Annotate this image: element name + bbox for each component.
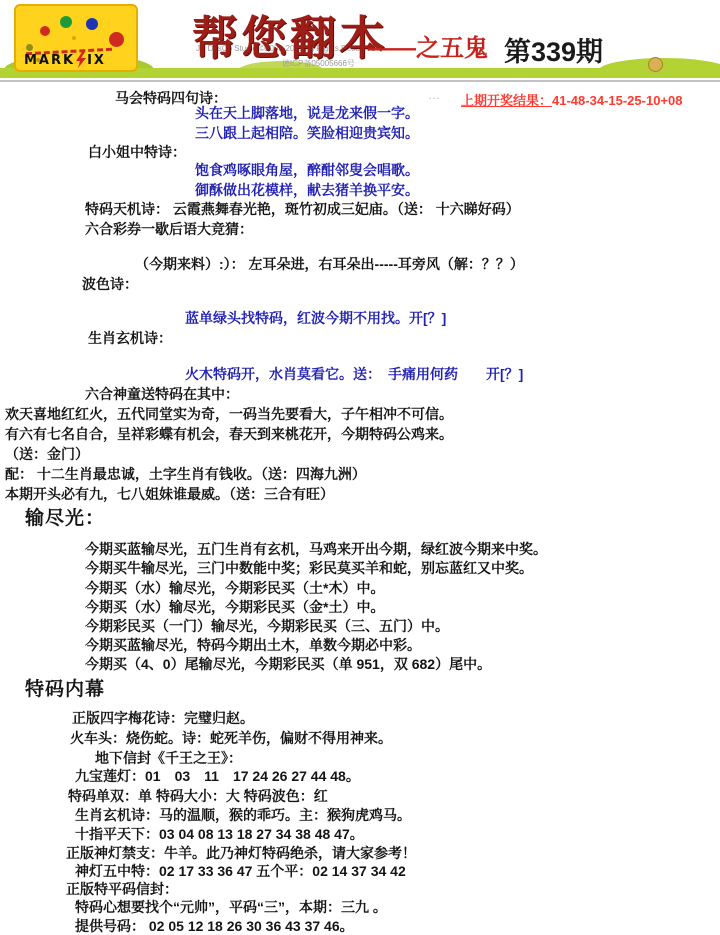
gold-ball-icon <box>648 57 663 72</box>
issue-number: 第339期 <box>504 30 603 69</box>
text-line: （送：金门） <box>5 445 89 463</box>
logo-dot-green-icon <box>60 16 72 28</box>
text-line: 特码天机诗： 云霞燕舞春光艳，斑竹初成三妃庙。（送： 十六睇好码） <box>85 200 520 218</box>
text-line: 火木特码开，水肖莫看它。送： 手痛用何药 开[？] <box>185 365 523 383</box>
logo-dot-red-icon <box>40 26 50 36</box>
text-line: 地下信封《千王之王》： <box>95 749 242 767</box>
text-line: 今期买（4、0）尾输尽光，今期彩民买（单 951，双 682）尾中。 <box>85 655 491 673</box>
text-line: 配： 十二生肖最忠诚，土字生肖有钱收。（送：四海九洲） <box>5 465 366 483</box>
text-line: 今期彩民买（一门）输尽光，今期彩民买（三、五门）中。 <box>85 617 449 635</box>
logo-dot-blue-icon <box>86 18 98 30</box>
text-line: 九宝莲灯：01 03 11 17 24 26 27 44 48。 <box>75 767 360 785</box>
text-line: 正版神灯禁支：牛羊。此乃神灯特码绝杀，请大家参考！ <box>66 844 416 862</box>
text-line: 今期买蓝输尽光，五门生肖有玄机，马鸡来开出今期，绿红波今期来中奖。 <box>85 540 547 558</box>
text-line: 六合神童送特码在其中： <box>85 385 239 403</box>
text-line: 蓝单绿头找特码，红波今期不用找。开[？] <box>185 309 446 327</box>
text-line: 正版特平码信封： <box>66 880 178 898</box>
text-line: 今期买牛输尽光，三门中数能中奖；彩民莫买羊和蛇，别忘蓝红又中奖。 <box>85 559 533 577</box>
text-line: 波色诗： <box>82 275 138 293</box>
text-line: 头在天上脚落地，说是龙来假一字。 <box>195 104 419 122</box>
text-line: 饱食鸡啄眼角屋，醉酣邻叟会唱歌。 <box>195 161 419 179</box>
text-line: 六合彩券一歇后语大竞猜： <box>85 220 253 238</box>
text-line: 生肖玄机诗： <box>88 329 172 347</box>
text-line: 三八跟上起相陪。笑脸相迎贵宾知。 <box>195 124 419 142</box>
mark-six-logo: MARKIX <box>14 4 138 72</box>
lead-dots: … <box>428 88 441 102</box>
section-header: 输尽光： <box>25 510 105 528</box>
text-line: 提供号码： 02 05 12 18 26 30 36 43 37 46。 <box>75 917 354 935</box>
last-draw-result-numbers: 41-48-34-15-25-10+08 <box>552 93 682 108</box>
section-header: 特码内幕 <box>25 681 105 699</box>
text-line: 今期买（水）输尽光，今期彩民买（金*土）中。 <box>85 598 384 616</box>
logo-text-right: IX <box>87 53 106 68</box>
text-line: 生肖玄机诗：马的温顺，猴的乖巧。主：猴狗虎鸡马。 <box>75 806 411 824</box>
text-line: 白小姐中特诗： <box>88 143 186 161</box>
text-line: 正版四字梅花诗：完璧归赵。 <box>72 709 254 727</box>
text-line: 有六有七名自合，呈祥彩蝶有机会，春天到来桃花开，今期特码公鸡来。 <box>5 425 453 443</box>
text-line: 特码单双：单 特码大小：大 特码波色：红 <box>68 787 328 805</box>
last-draw-result: 上期开奖结果：41-48-34-15-25-10+08 <box>461 90 682 109</box>
logo-dot-tiny2-icon <box>72 36 76 40</box>
text-line: 火车头：烧伤蛇。诗：蛇死羊伤，偏财不得用神来。 <box>70 729 392 747</box>
last-draw-result-label: 上期开奖结果： <box>461 93 552 108</box>
lightning-bolt-icon <box>75 52 87 68</box>
text-line: 十指平天下：03 04 08 13 18 27 34 38 48 47。 <box>75 825 364 843</box>
lottery-tip-sheet-page: MARKIX JX DesCo Studio ©2003-2005 All Ri… <box>0 0 720 935</box>
page-title: 帮您翻本 <box>192 2 388 68</box>
text-line: 特码心想要找个“元帅”，平码“三”，本期：三九 。 <box>75 898 387 916</box>
text-line: 今期买（水）输尽光，今期彩民买（土*木）中。 <box>85 579 384 597</box>
logo-dot-olive-icon <box>26 44 33 51</box>
logo-wordmark: MARKIX <box>24 52 128 68</box>
text-line: 神灯五中特：02 17 33 36 47 五个平：02 14 37 34 42 <box>75 862 406 880</box>
logo-text-left: MARK <box>24 53 75 68</box>
text-line: 欢天喜地红红火，五代同堂实为奇，一码当先要看大，子午相冲不可信。 <box>5 405 453 423</box>
text-line: （今期来料）:）： 左耳朵进，右耳朵出-----耳旁风（解：？？） <box>135 255 524 273</box>
divider-line <box>0 80 720 82</box>
text-line: 本期开头必有九，七八姐妹谁最威。（送：三合有旺） <box>5 485 334 503</box>
text-line: 御酥做出花模样，献去猪羊换平安。 <box>195 181 419 199</box>
text-line: 今期买蓝输尽光，特码今期出土木，单数今期必中彩。 <box>85 636 421 654</box>
logo-dot-red-large-icon <box>109 32 124 47</box>
page-title-suffix: ——之五鬼 <box>368 28 488 63</box>
